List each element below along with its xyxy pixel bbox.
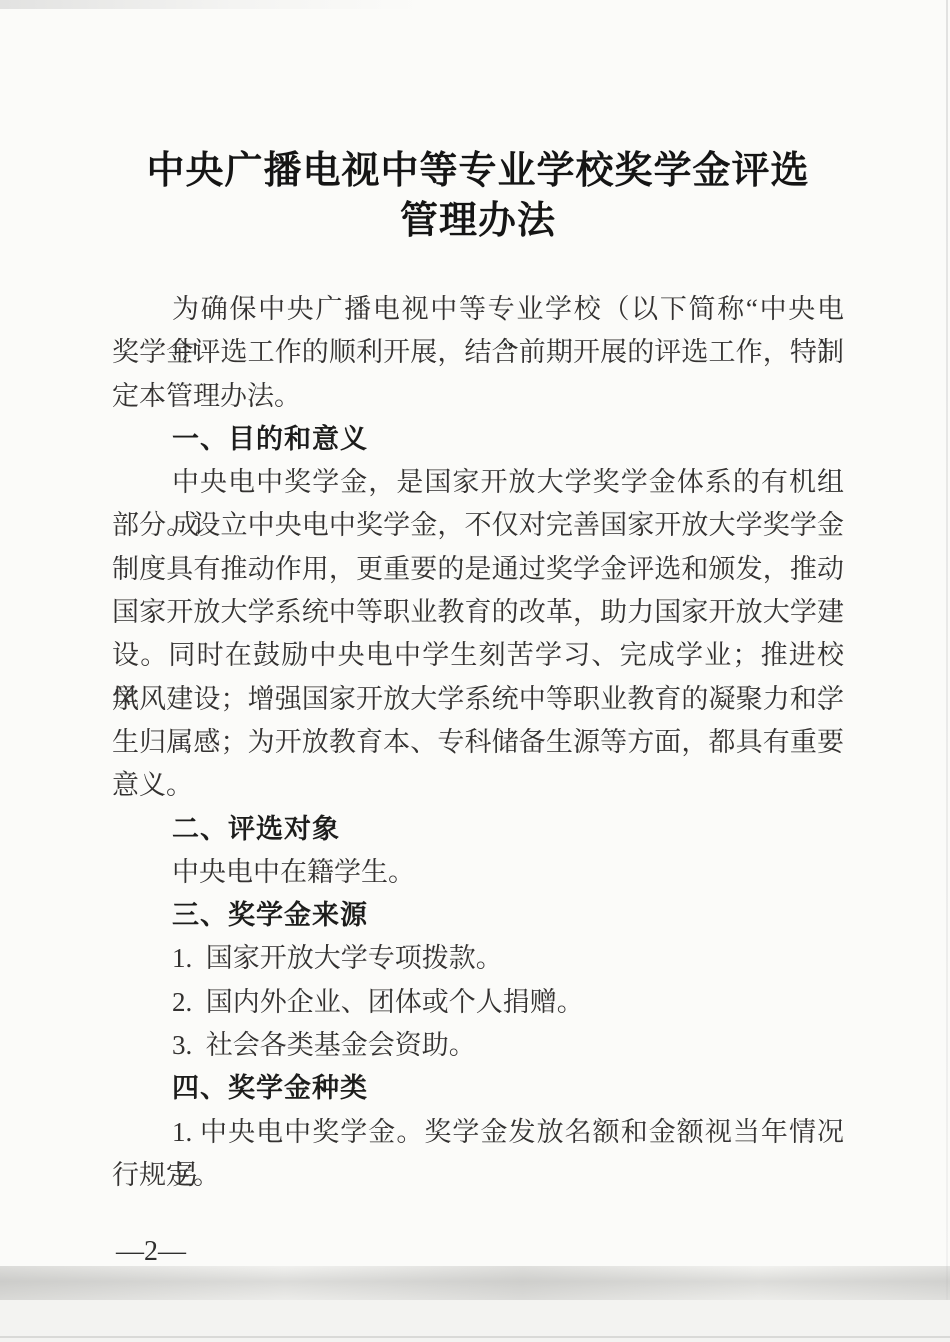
text-line: 1. 国家开放大学专项拨款。 — [112, 937, 844, 980]
text-line: 中央电中在籍学生。 — [112, 851, 844, 894]
section-heading: 四、奖学金种类 — [112, 1067, 844, 1110]
scan-artifact-top — [0, 0, 420, 9]
page-number: —2— — [116, 1236, 186, 1268]
scan-artifact-bottom-band — [0, 1266, 950, 1300]
text-line: 意义。 — [112, 764, 844, 807]
text-line: 行规定。 — [112, 1154, 844, 1197]
text-line: 为确保中央广播电视中等专业学校（以下简称“中央电中”） — [112, 288, 844, 331]
document-body: 为确保中央广播电视中等专业学校（以下简称“中央电中”）奖学金评选工作的顺利开展，… — [112, 288, 844, 1197]
text-line: 定本管理办法。 — [112, 375, 844, 418]
document-title-line1: 中央广播电视中等专业学校奖学金评选 — [110, 146, 846, 196]
scan-artifact-bottom-line — [0, 1336, 950, 1338]
section-heading: 一、目的和意义 — [112, 418, 844, 461]
text-line: 1. 中央电中奖学金。奖学金发放名额和金额视当年情况另 — [112, 1111, 844, 1154]
text-line: 国家开放大学系统中等职业教育的改革，助力国家开放大学建 — [112, 591, 844, 634]
scan-artifact-right-edge — [946, 0, 948, 1342]
document-title-line2: 管理办法 — [110, 196, 846, 246]
section-heading: 二、评选对象 — [112, 808, 844, 851]
text-line: 学风建设；增强国家开放大学系统中等职业教育的凝聚力和学 — [112, 678, 844, 721]
text-line: 部分。设立中央电中奖学金，不仅对完善国家开放大学奖学金 — [112, 504, 844, 547]
text-line: 2. 国内外企业、团体或个人捐赠。 — [112, 981, 844, 1024]
text-line: 制度具有推动作用，更重要的是通过奖学金评选和颁发，推动 — [112, 548, 844, 591]
text-line: 3. 社会各类基金会资助。 — [112, 1024, 844, 1067]
section-heading: 三、奖学金来源 — [112, 894, 844, 937]
text-line: 设。同时在鼓励中央电中学生刻苦学习、完成学业；推进校风、 — [112, 634, 844, 677]
scanned-document-page: 中央广播电视中等专业学校奖学金评选 管理办法 为确保中央广播电视中等专业学校（以… — [0, 0, 950, 1342]
text-line: 中央电中奖学金，是国家开放大学奖学金体系的有机组成 — [112, 461, 844, 504]
text-line: 生归属感；为开放教育本、专科储备生源等方面，都具有重要 — [112, 721, 844, 764]
text-line: 奖学金评选工作的顺利开展，结合前期开展的评选工作，特制 — [112, 331, 844, 374]
document-title: 中央广播电视中等专业学校奖学金评选 管理办法 — [110, 146, 846, 246]
